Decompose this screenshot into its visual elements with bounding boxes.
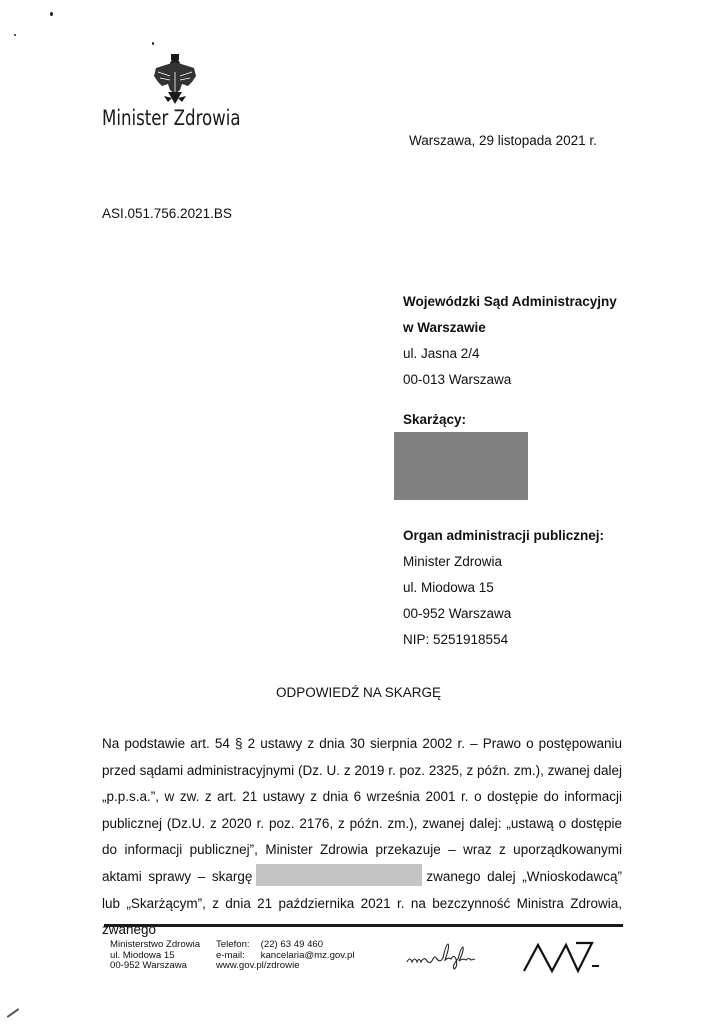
reference-number: ASI.051.756.2021.BS [102, 206, 232, 221]
scan-mark [7, 1008, 20, 1018]
scan-speck [14, 34, 16, 36]
complainant-block: Skarżący: [403, 407, 466, 433]
phone-label: Telefon: [216, 940, 258, 951]
website-link[interactable]: www.gov.pl/zdrowie [216, 961, 354, 972]
footer-contact: Telefon: (22) 63 49 460 e-mail: kancelar… [216, 940, 354, 972]
court-name-line2: w Warszawie [403, 315, 617, 341]
body-text-part1: Na podstawie art. 54 § 2 ustawy z dnia 3… [102, 736, 622, 884]
niepodlegla-script-icon [403, 936, 503, 976]
email-link[interactable]: kancelaria@mz.gov.pl [261, 950, 355, 961]
complainant-label: Skarżący: [403, 407, 466, 433]
authority-label: Organ administracji publicznej: [403, 523, 604, 549]
place-date: Warszawa, 29 listopada 2021 r. [409, 133, 597, 148]
scan-speck [152, 42, 154, 45]
authority-nip: NIP: 5251918554 [403, 627, 604, 653]
body-paragraph: Na podstawie art. 54 § 2 ustawy z dnia 3… [102, 731, 622, 944]
authority-name: Minister Zdrowia [403, 549, 604, 575]
court-city: 00-013 Warszawa [403, 367, 617, 393]
court-street: ul. Jasna 2/4 [403, 341, 617, 367]
phone-value: (22) 63 49 460 [261, 939, 323, 950]
footer-org-name: Ministerstwo Zdrowia [110, 940, 200, 951]
footer-divider [104, 924, 623, 927]
complainant-redaction [394, 432, 528, 500]
authority-street: ul. Miodowa 15 [403, 575, 604, 601]
document-title-text: ODPOWIEDŹ NA SKARGĘ [276, 685, 441, 700]
document-title: ODPOWIEDŹ NA SKARGĘ [0, 685, 715, 700]
footer-org-city: 00-952 Warszawa [110, 961, 200, 972]
footer-org-address: Ministerstwo Zdrowia ul. Miodowa 15 00-9… [110, 940, 200, 972]
court-name-line1: Wojewódzki Sąd Administracyjny [403, 289, 617, 315]
authority-address: Organ administracji publicznej: Minister… [403, 523, 604, 653]
body-redaction [256, 864, 422, 886]
court-address: Wojewódzki Sąd Administracyjny w Warszaw… [403, 289, 617, 393]
scan-speck [50, 12, 53, 16]
polish-eagle-emblem-icon [152, 52, 198, 108]
authority-city: 00-952 Warszawa [403, 601, 604, 627]
mz-logo-icon [520, 935, 615, 977]
ministry-brand: Minister Zdrowia [102, 106, 241, 130]
